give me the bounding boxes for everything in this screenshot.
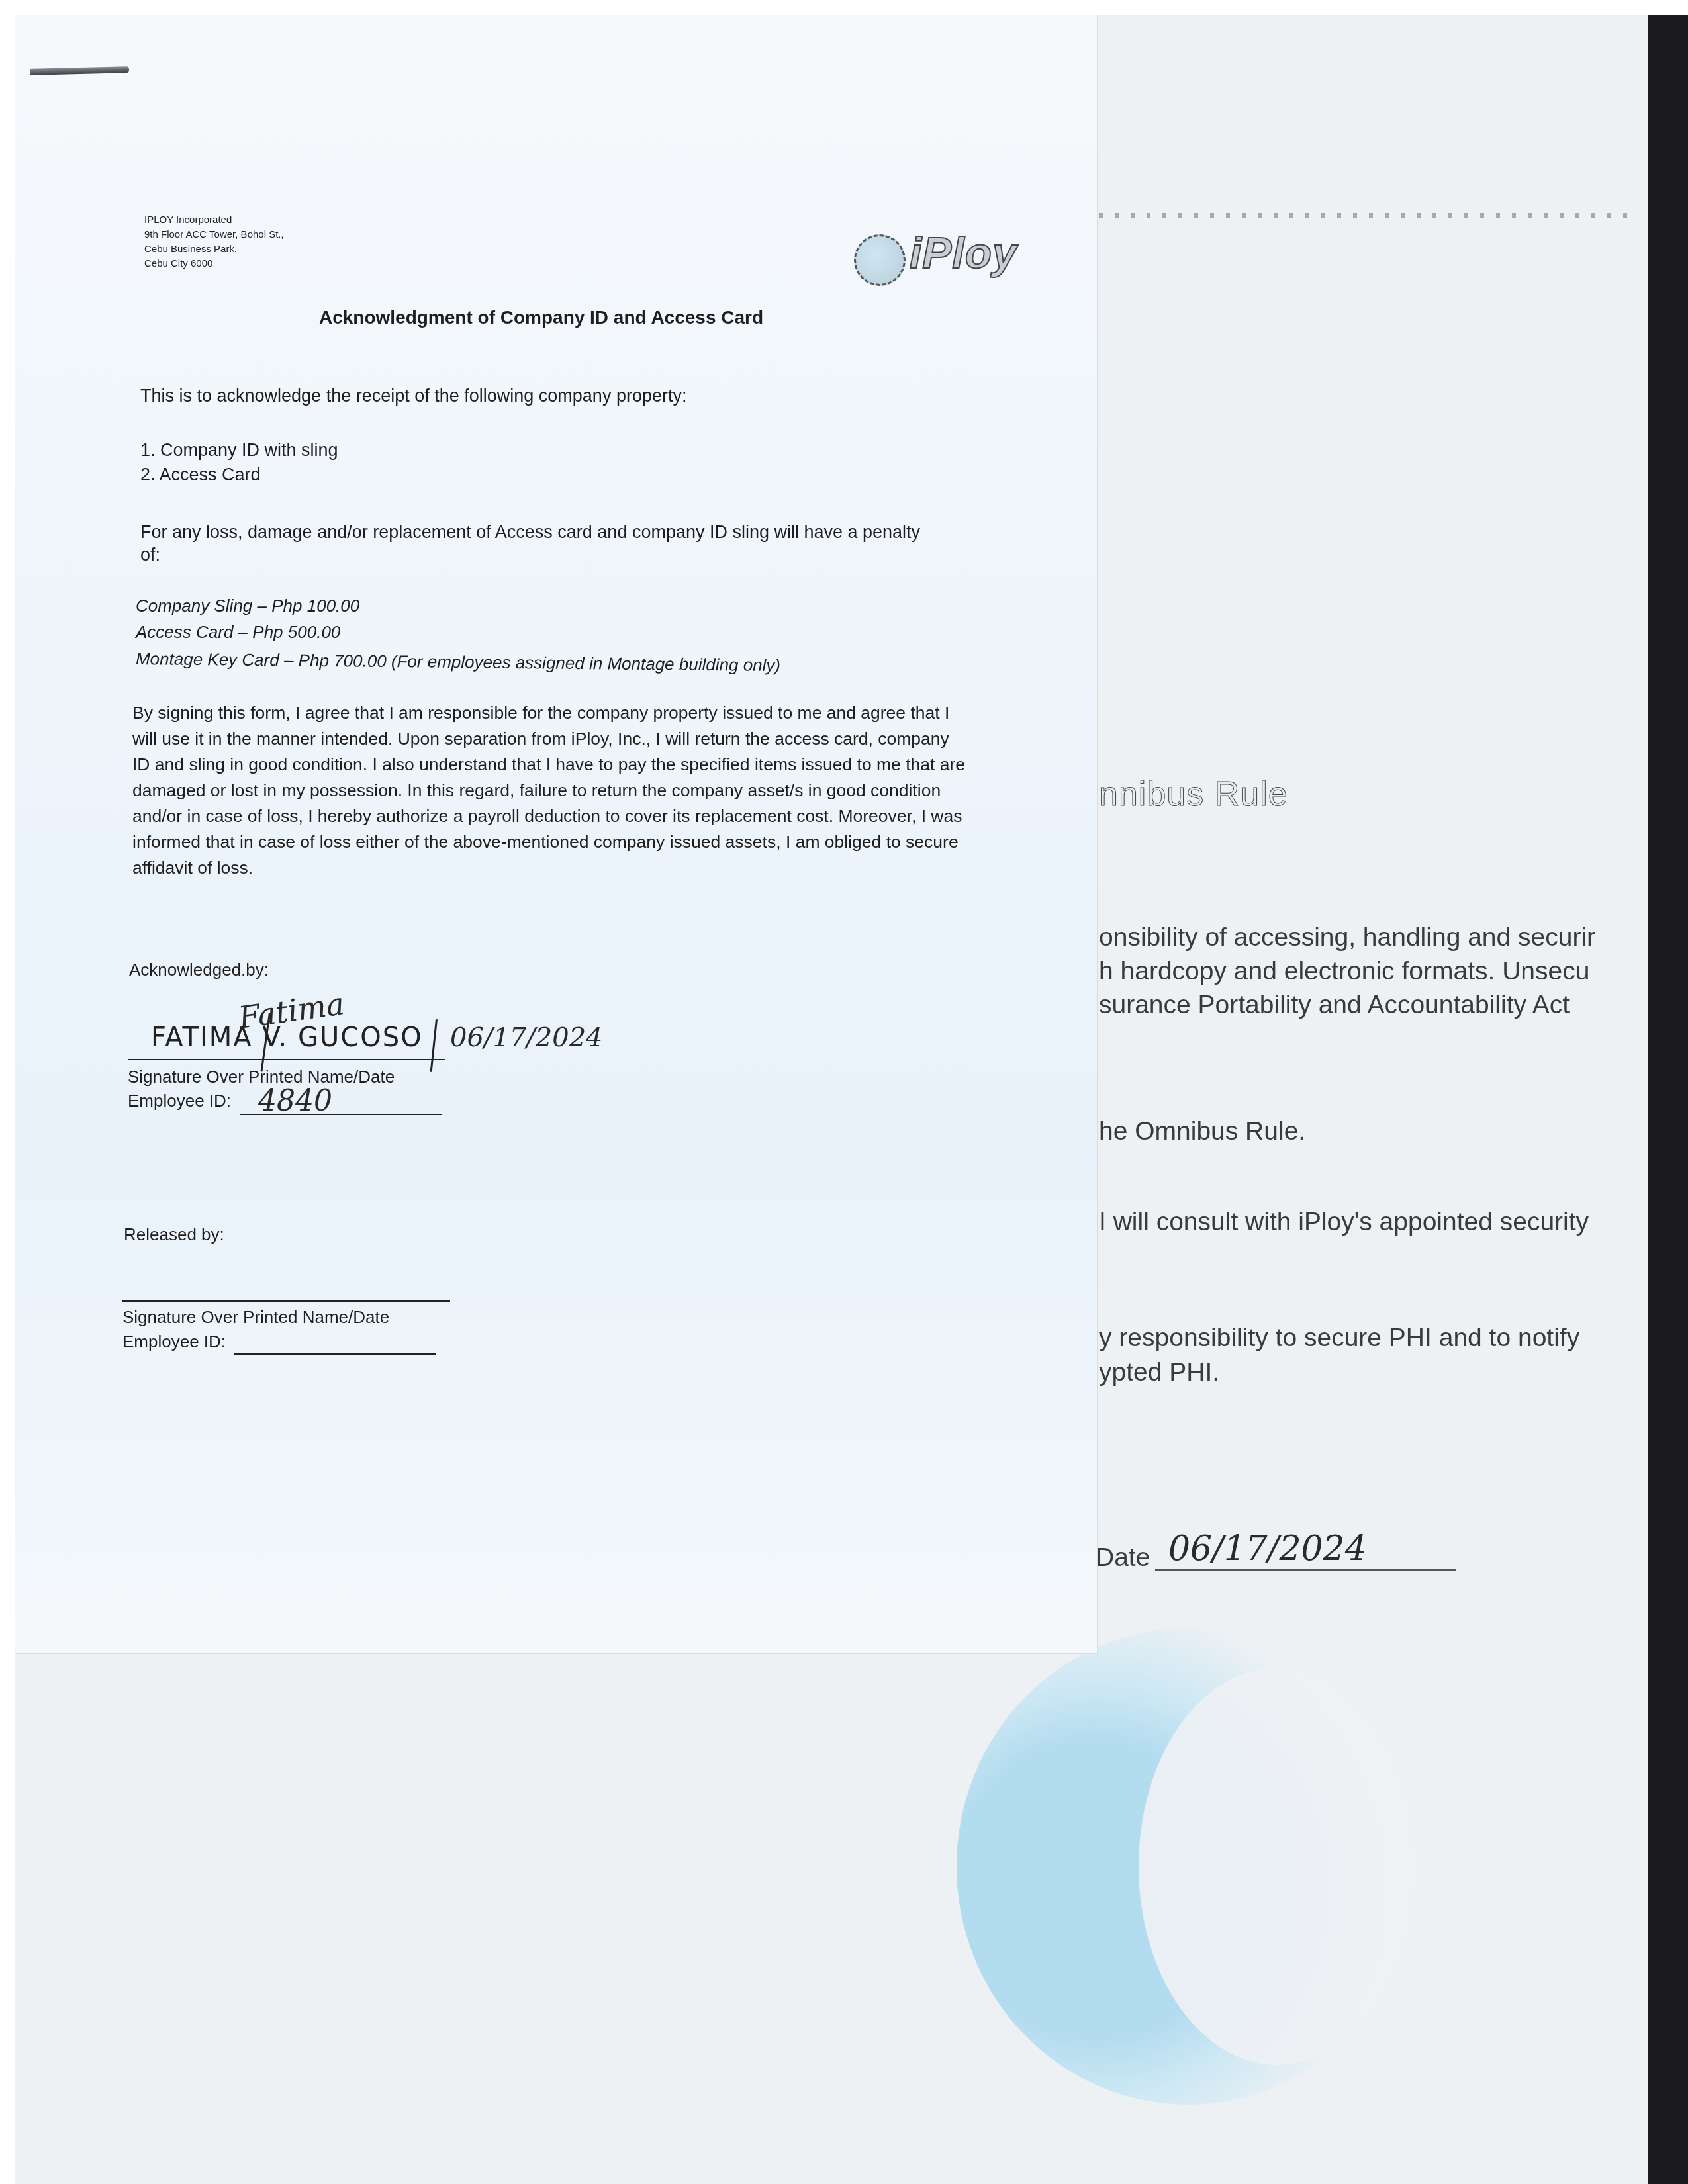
globe-watermark-highlight	[1139, 1668, 1417, 2065]
penalty-intro: For any loss, damage and/or replacement …	[140, 519, 920, 545]
form-title: Acknowledgment of Company ID and Access …	[0, 307, 1082, 328]
acknowledged-by-label: Acknowledged.by:	[129, 960, 269, 980]
back-page-faded-header	[1099, 213, 1628, 218]
acknowledged-employee-id-label: Employee ID:	[128, 1091, 231, 1111]
address-line: Cebu Business Park,	[144, 242, 284, 257]
scan-margin-top	[0, 0, 1688, 15]
back-date-line	[1155, 1569, 1456, 1571]
intro-text: This is to acknowledge the receipt of th…	[140, 383, 686, 409]
released-signature-line	[122, 1300, 450, 1302]
property-item: 1. Company ID with sling	[140, 437, 338, 463]
penalty-item: Company Sling – Php 100.00	[136, 596, 359, 616]
acknowledged-signature-line	[128, 1059, 445, 1060]
logo-wordmark: iPloy	[910, 228, 1017, 278]
back-omnibus-line: he Omnibus Rule.	[1099, 1117, 1305, 1146]
scanner-dark-edge	[1648, 15, 1688, 2184]
back-phi-line: y responsibility to secure PHI and to no…	[1099, 1324, 1579, 1353]
agreement-paragraph: By signing this form, I agree that I am …	[132, 700, 966, 881]
back-date-label: Date	[1096, 1543, 1150, 1572]
logo-swirl-icon	[854, 234, 906, 286]
penalty-item: Access Card – Php 500.00	[136, 622, 340, 643]
back-heading: nnibus Rule	[1099, 774, 1288, 814]
address-line: 9th Floor ACC Tower, Bohol St.,	[144, 228, 284, 242]
printed-name: FATIMA V. GUCOSO	[151, 1023, 423, 1053]
company-address: IPLOY Incorporated 9th Floor ACC Tower, …	[144, 213, 284, 271]
penalty-intro-cont: of:	[140, 541, 160, 568]
back-consult-line: I will consult with iPloy's appointed se…	[1099, 1208, 1589, 1237]
address-line: Cebu City 6000	[144, 257, 284, 271]
acknowledged-employee-id-value: 4840	[258, 1084, 332, 1118]
property-item: 2. Access Card	[140, 461, 261, 488]
acknowledged-date: 06/17/2024	[450, 1023, 603, 1053]
back-para-line: onsibility of accessing, handling and se…	[1099, 923, 1595, 952]
released-employee-id-line	[234, 1353, 436, 1355]
released-employee-id-label: Employee ID:	[122, 1332, 226, 1352]
address-line: IPLOY Incorporated	[144, 213, 284, 228]
released-caption: Signature Over Printed Name/Date	[122, 1307, 389, 1328]
iploy-logo: iPloy	[854, 230, 1026, 290]
back-phi-line: ypted PHI.	[1099, 1358, 1219, 1387]
back-para-line: h hardcopy and electronic formats. Unsec…	[1099, 957, 1589, 986]
back-date-value: 06/17/2024	[1168, 1529, 1367, 1569]
released-by-label: Released by:	[124, 1224, 224, 1245]
back-para-line: surance Portability and Accountability A…	[1099, 991, 1570, 1020]
